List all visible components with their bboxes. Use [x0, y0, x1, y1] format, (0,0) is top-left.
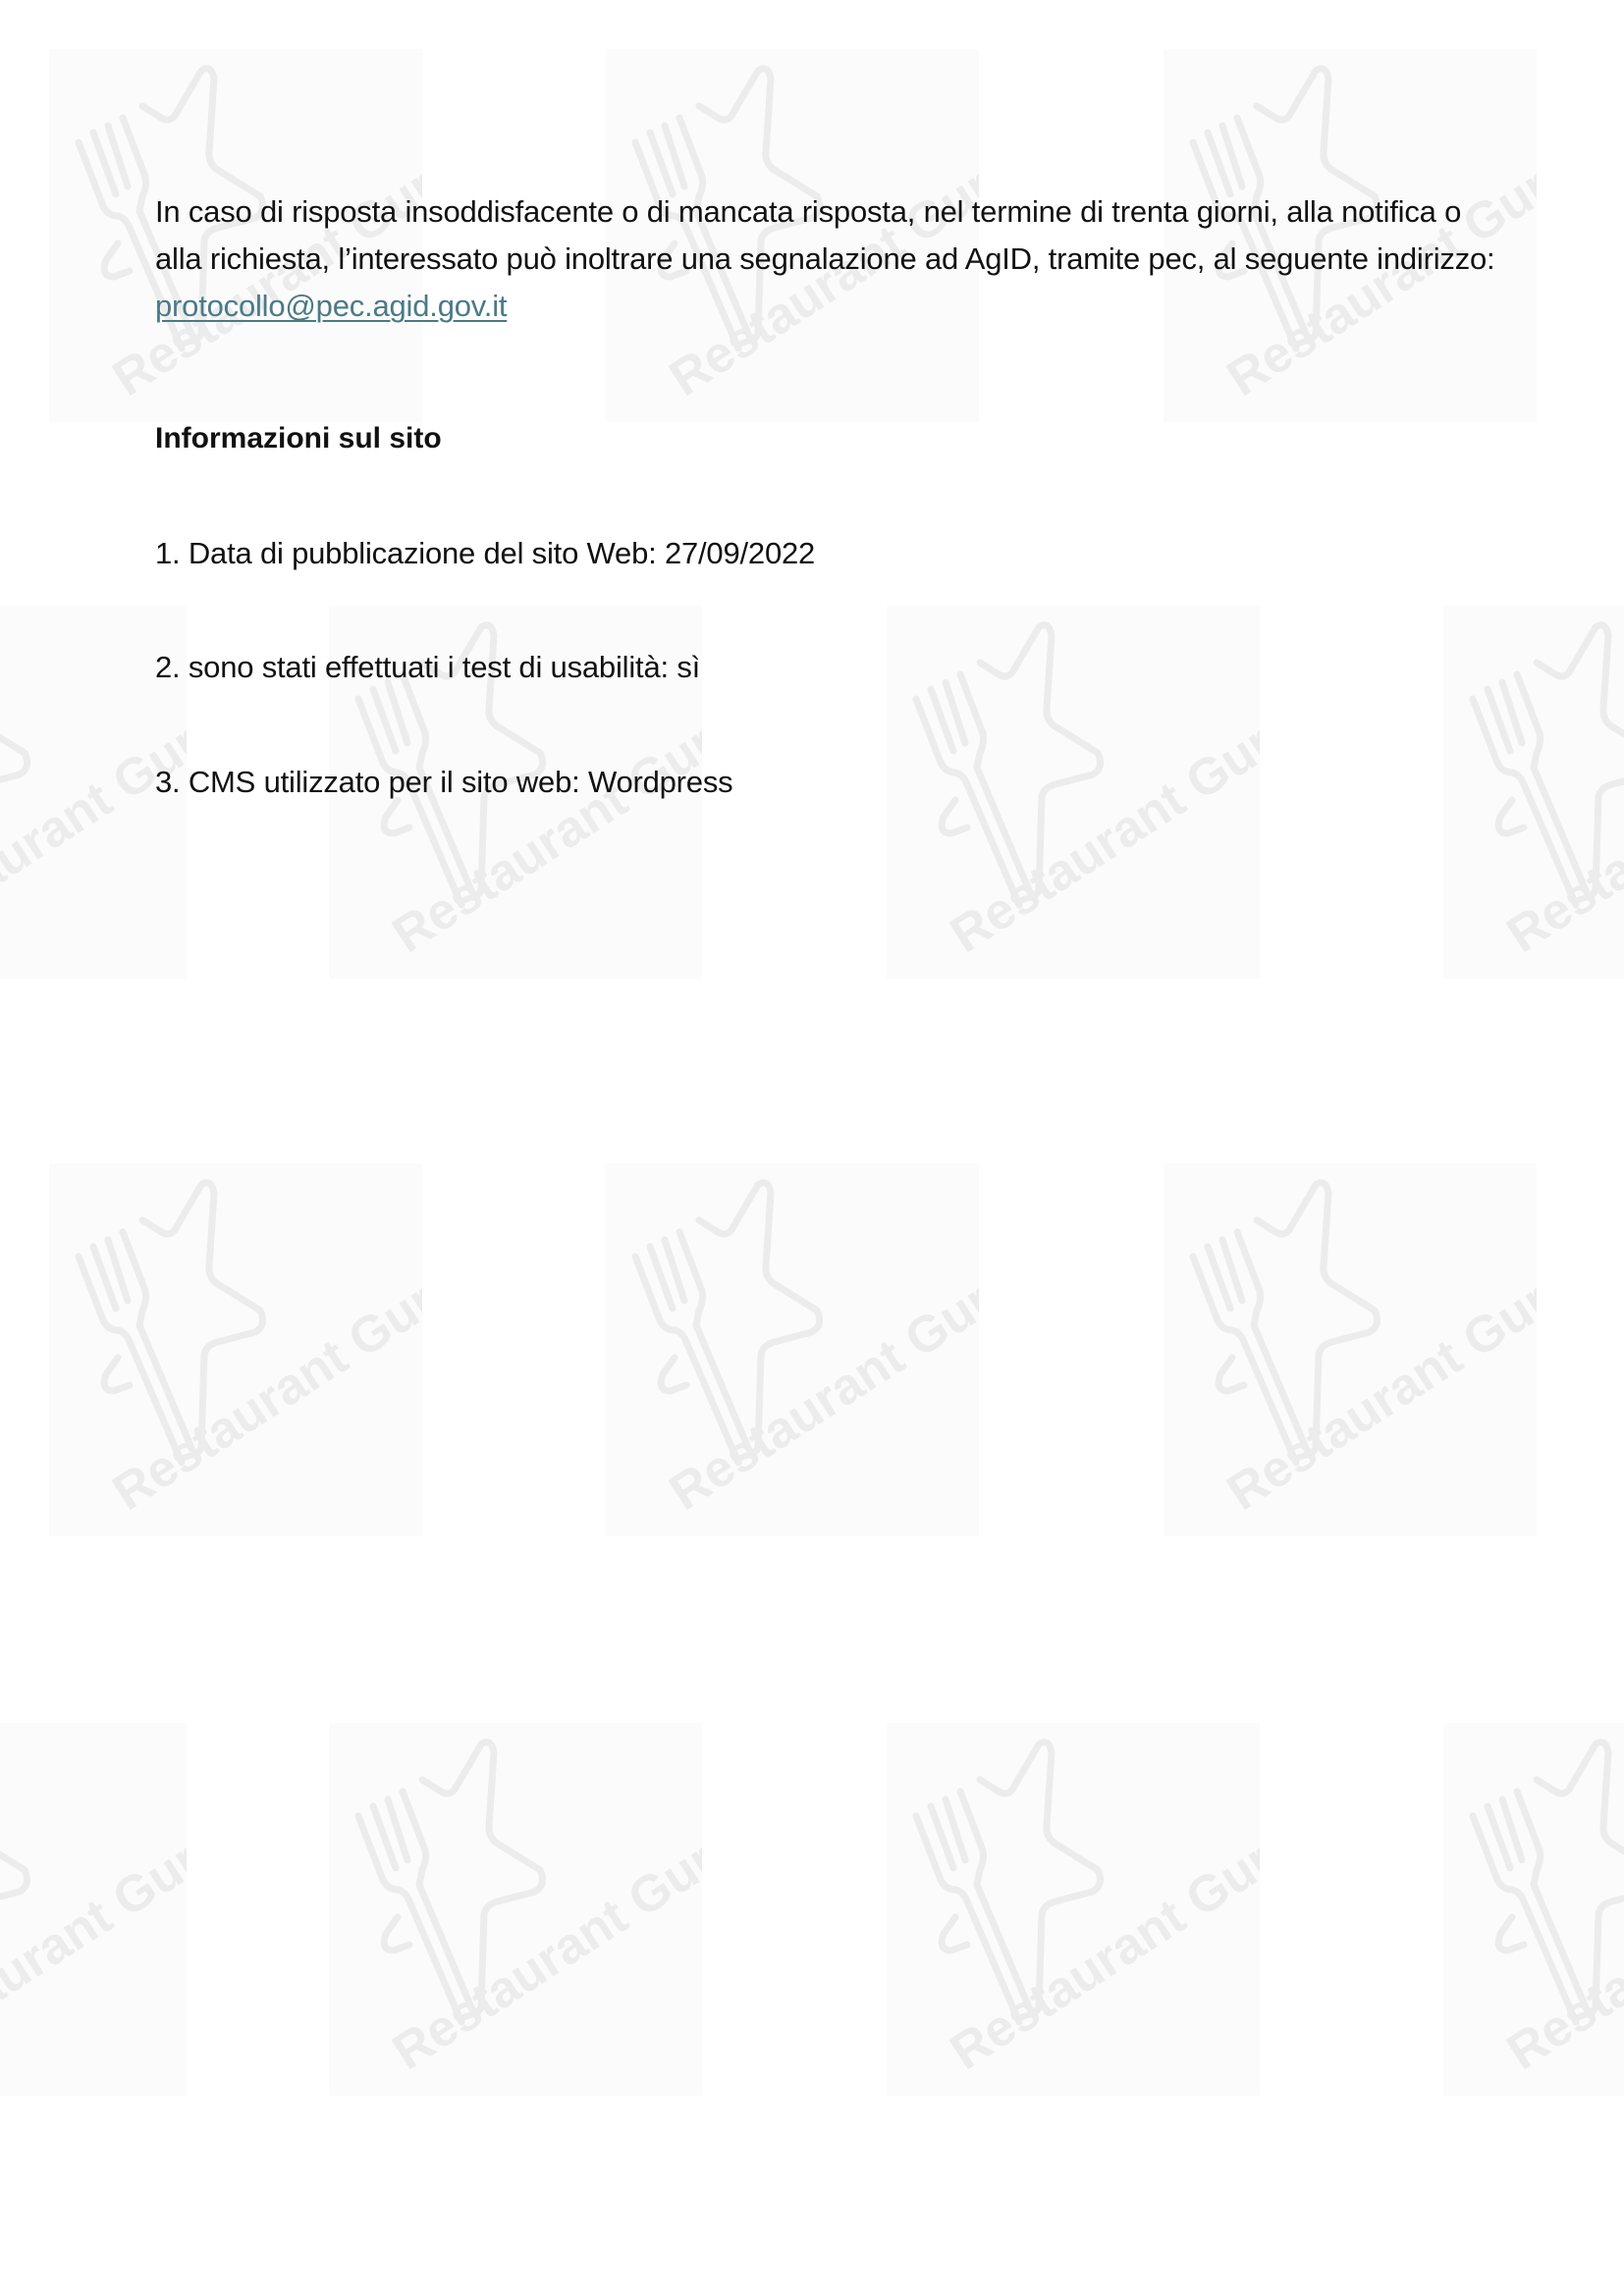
svg-text:Restaurant Guru: Restaurant Guru [103, 1255, 422, 1522]
restaurant-guru-watermark: Restaurant Guru [606, 1163, 979, 1536]
agid-pec-email-link[interactable]: protocollo@pec.agid.gov.it [155, 289, 507, 323]
svg-text:Restaurant Guru: Restaurant Guru [941, 1814, 1260, 2081]
svg-text:Restaurant Guru: Restaurant Guru [0, 1814, 187, 2081]
svg-text:Restaurant Guru: Restaurant Guru [1497, 697, 1624, 964]
paragraph-text: In caso di risposta insoddisfacente o di… [155, 194, 1494, 276]
section-heading: Informazioni sul sito [155, 422, 442, 455]
list-item-cms: 3. CMS utilizzato per il sito web: Wordp… [155, 765, 732, 800]
restaurant-guru-watermark: Restaurant Guru [1443, 1723, 1624, 2096]
svg-text:Restaurant Guru: Restaurant Guru [1497, 1814, 1624, 2081]
svg-text:Restaurant Guru: Restaurant Guru [660, 1255, 979, 1522]
restaurant-guru-watermark: Restaurant Guru [0, 1723, 187, 2096]
svg-text:Restaurant Guru: Restaurant Guru [1218, 1255, 1537, 1522]
svg-text:Restaurant Guru: Restaurant Guru [383, 697, 702, 964]
svg-text:Restaurant Guru: Restaurant Guru [941, 697, 1260, 964]
list-item-usability-tests: 2. sono stati effettuati i test di usabi… [155, 650, 700, 685]
watermark-layer: Restaurant GuruRestaurant GuruRestaurant… [0, 0, 1624, 2296]
restaurant-guru-watermark: Restaurant Guru [1443, 606, 1624, 979]
restaurant-guru-watermark: Restaurant Guru [887, 1723, 1260, 2096]
restaurant-guru-watermark: Restaurant Guru [329, 1723, 702, 2096]
list-item-publication-date: 1. Data di pubblicazione del sito Web: 2… [155, 536, 815, 571]
complaint-paragraph: In caso di risposta insoddisfacente o di… [155, 188, 1510, 330]
svg-text:Restaurant Guru: Restaurant Guru [383, 1814, 702, 2081]
restaurant-guru-watermark: Restaurant Guru [1164, 1163, 1537, 1536]
restaurant-guru-watermark: Restaurant Guru [887, 606, 1260, 979]
restaurant-guru-watermark: Restaurant Guru [49, 1163, 422, 1536]
svg-text:Restaurant Guru: Restaurant Guru [0, 697, 187, 964]
